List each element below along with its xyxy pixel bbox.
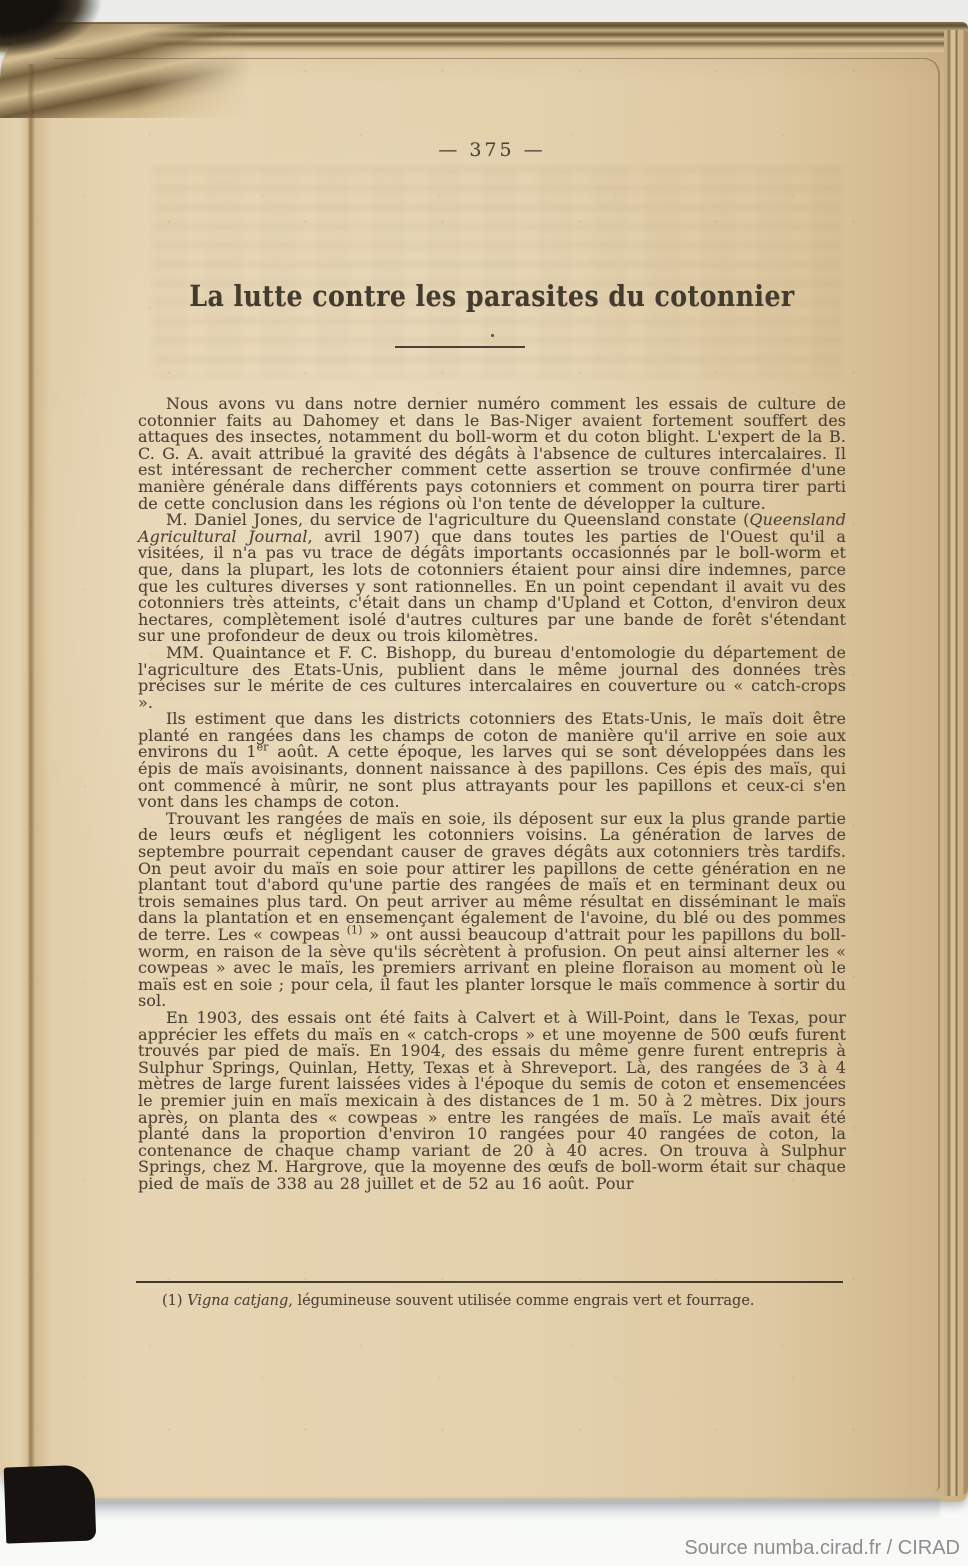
gutter-crease xyxy=(27,64,35,1492)
book-page-edges-right xyxy=(944,30,968,1496)
book-cover-top-left xyxy=(0,0,150,95)
text-segment: En 1903, des essais ont été faits à Calv… xyxy=(138,1008,846,1193)
text-segment: (1) xyxy=(162,1293,187,1309)
paragraph: Trouvant les rangées de maïs en soie, il… xyxy=(138,811,846,1010)
divider-dot xyxy=(491,334,494,337)
paragraph: MM. Quaintance et F. C. Bishopp, du bure… xyxy=(138,645,846,711)
book-cover-bottom-left xyxy=(4,1464,97,1543)
scanned-document: — 375 — La lutte contre les parasites du… xyxy=(0,0,968,1566)
text-segment: Nous avons vu dans notre dernier numéro … xyxy=(138,394,846,513)
text-segment: Vigna catjang xyxy=(187,1293,288,1309)
footnote-divider-rule xyxy=(136,1281,843,1283)
text-segment: (1) xyxy=(347,924,363,937)
paragraph: Ils estiment que dans les districts coto… xyxy=(138,711,846,811)
page-bottom-shadow xyxy=(60,1498,940,1520)
text-segment: , légumineuse souvent utilisée comme eng… xyxy=(288,1293,754,1309)
footnote: (1) Vigna catjang, légumineuse souvent u… xyxy=(138,1293,846,1310)
paragraph: Nous avons vu dans notre dernier numéro … xyxy=(138,396,846,512)
text-segment: Trouvant les rangées de maïs en soie, il… xyxy=(138,809,846,944)
paragraph: M. Daniel Jones, du service de l'agricul… xyxy=(138,512,846,645)
watermark-attribution: Source numba.cirad.fr / CIRAD xyxy=(684,1537,960,1560)
page-number: — 375 — xyxy=(138,139,846,161)
article-body: Nous avons vu dans notre dernier numéro … xyxy=(138,396,846,1193)
text-segment: MM. Quaintance et F. C. Bishopp, du bure… xyxy=(138,643,846,712)
paragraph: En 1903, des essais ont été faits à Calv… xyxy=(138,1010,846,1193)
text-segment: , avril 1907) que dans toutes les partie… xyxy=(138,527,846,646)
title-divider-rule xyxy=(395,346,525,348)
text-segment: er xyxy=(257,741,269,754)
article-title: La lutte contre les parasites du cotonni… xyxy=(184,279,800,313)
